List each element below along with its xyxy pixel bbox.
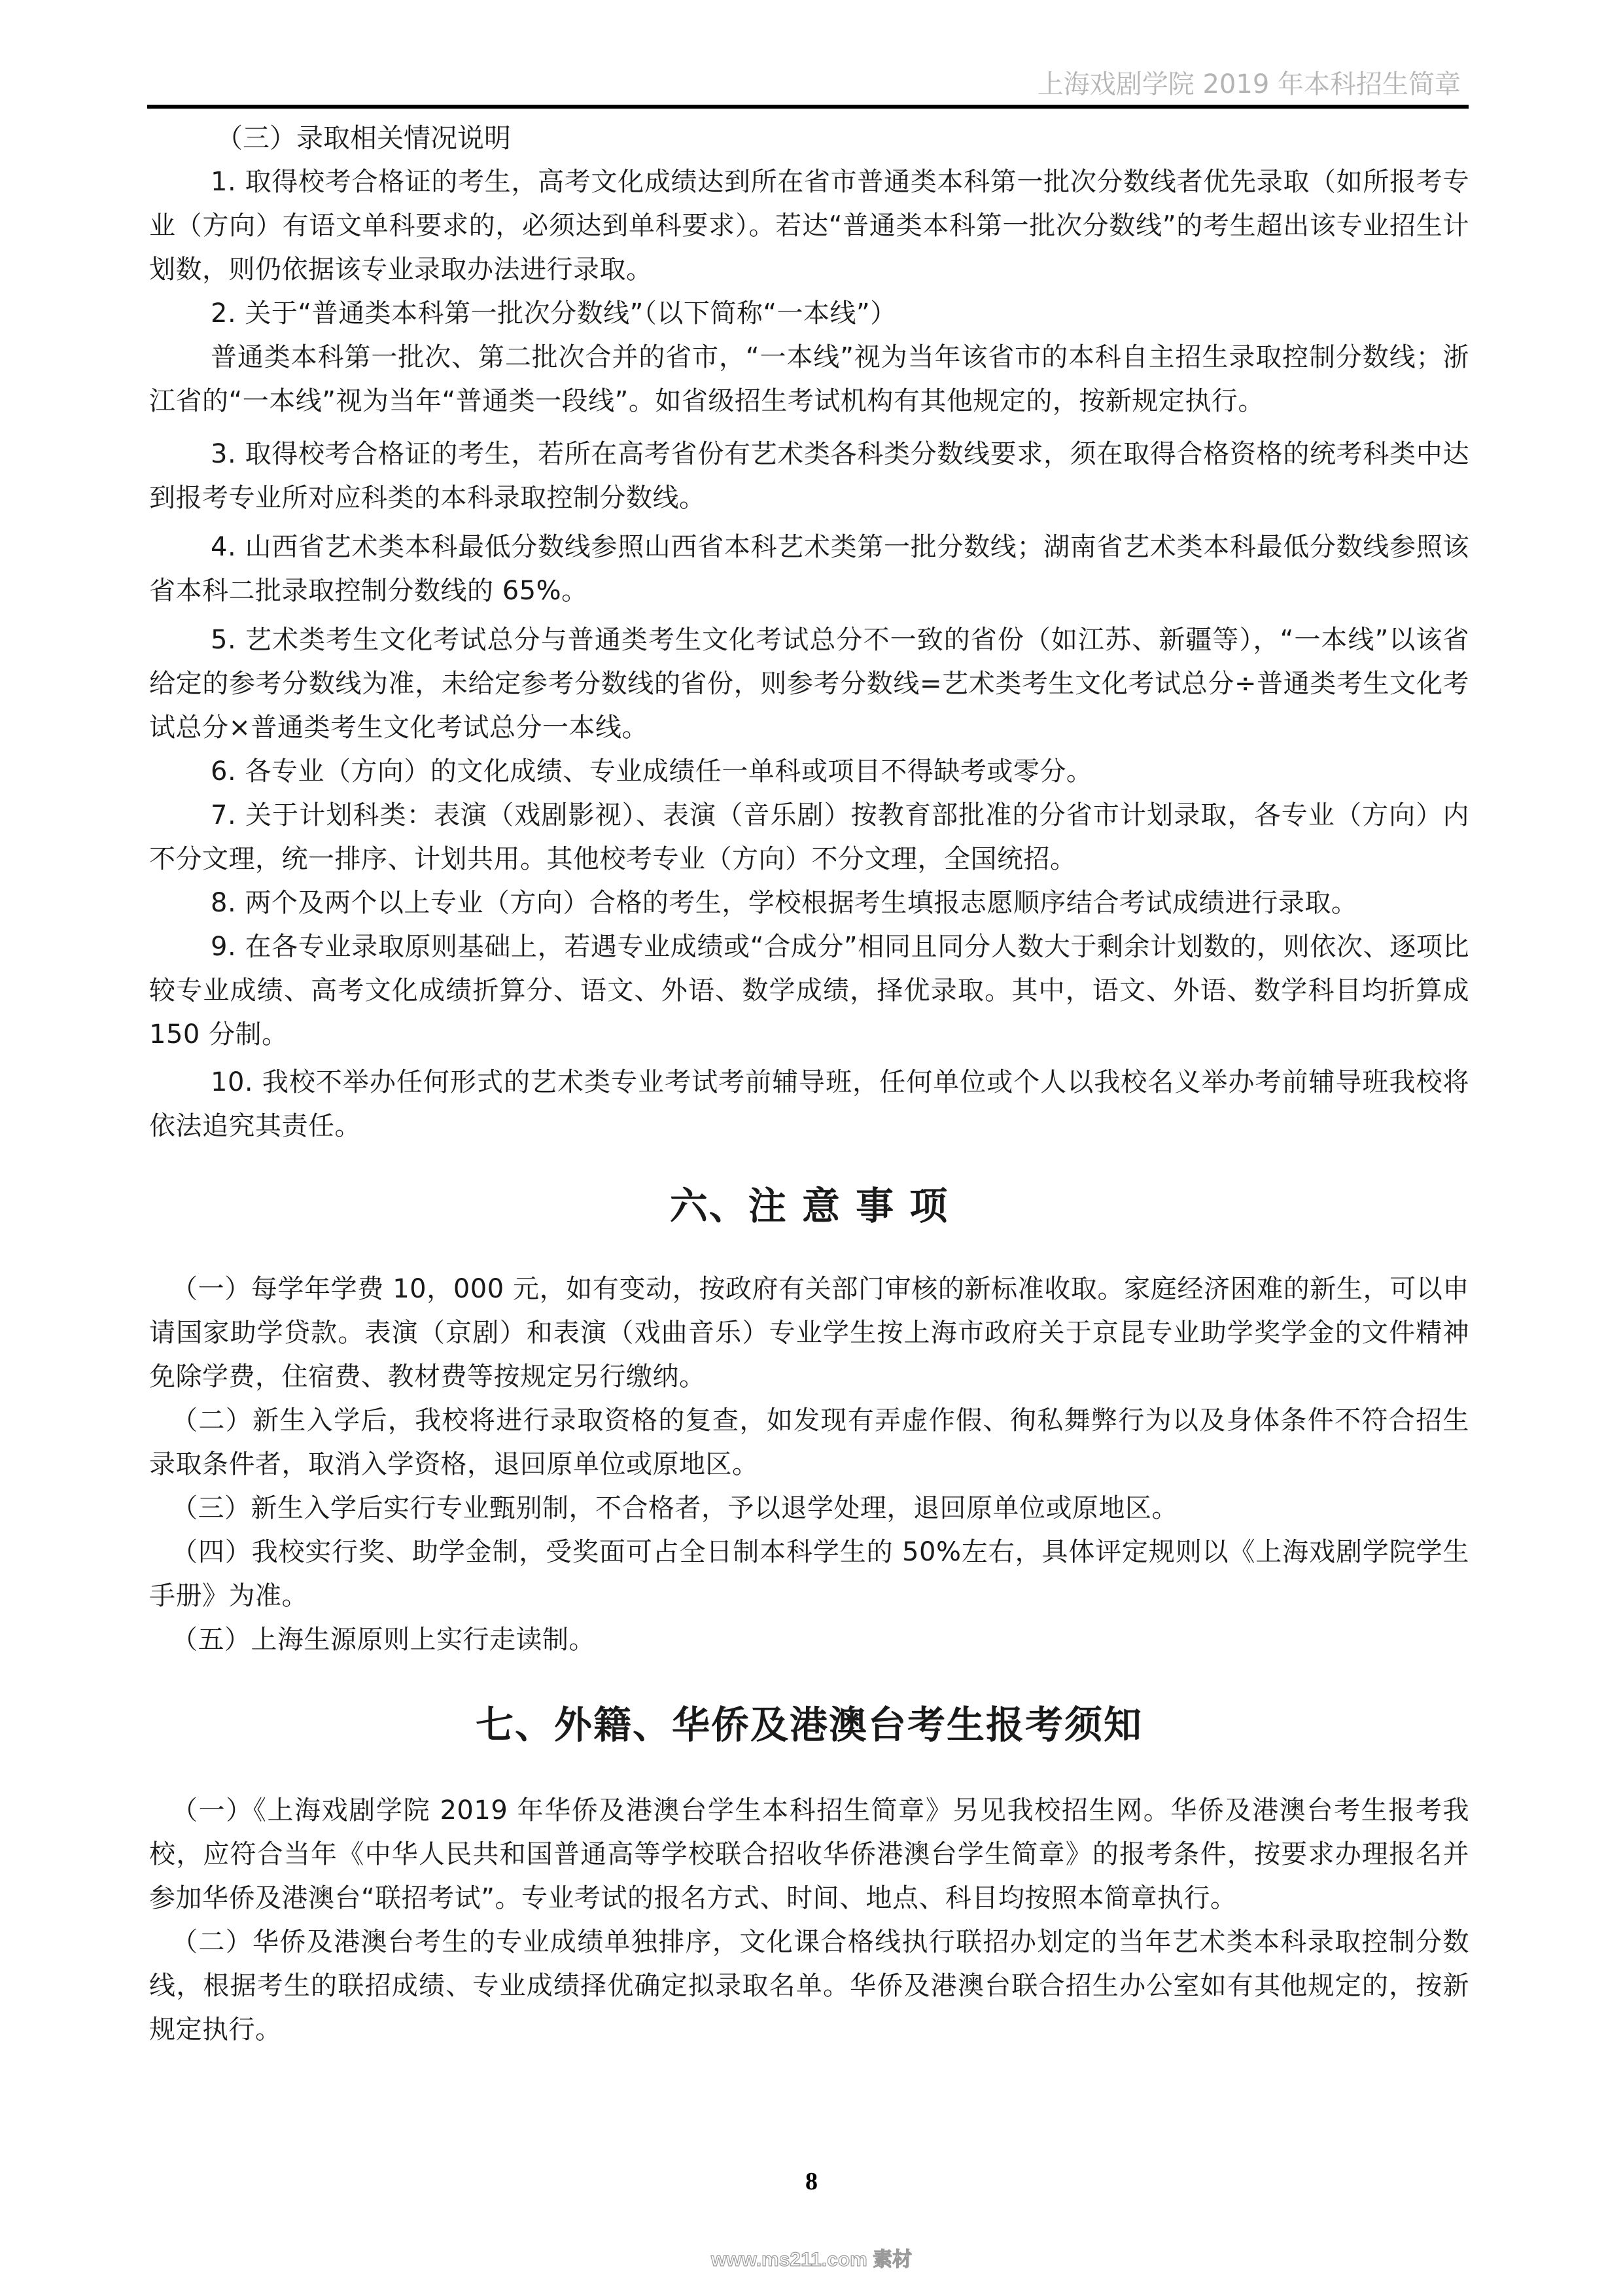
notice-item-1: （一）每学年学费 10，000 元，如有变动，按政府有关部门审核的新标准收取。家…: [149, 1267, 1469, 1399]
admission-item-4: 4. 山西省艺术类本科最低分数线参照山西省本科艺术类第一批分数线；湖南省艺术类本…: [149, 525, 1469, 613]
notice-item-4: （四）我校实行奖、助学金制，受奖面可占全日制本科学生的 50%左右，具体评定规则…: [149, 1530, 1469, 1618]
notice-item-2: （二）新生入学后，我校将进行录取资格的复查，如发现有弄虚作假、徇私舞弊行为以及身…: [149, 1399, 1469, 1487]
page-header: 上海戏剧学院 2019 年本科招生简章: [147, 52, 1469, 109]
section-six-title: 六、注 意 事 项: [149, 1180, 1469, 1232]
admission-item-2: 2. 关于“普通类本科第一批次分数线”（以下简称“一本线”）: [149, 292, 1469, 336]
admission-item-10: 10. 我校不举办任何形式的艺术类专业考试考前辅导班，任何单位或个人以我校名义举…: [149, 1061, 1469, 1148]
section-seven-title: 七、外籍、华侨及港澳台考生报考须知: [149, 1699, 1469, 1751]
admission-item-5: 5. 艺术类考生文化考试总分与普通类考生文化考试总分不一致的省份（如江苏、新疆等…: [149, 618, 1469, 750]
notice-item-5: （五）上海生源原则上实行走读制。: [149, 1618, 1469, 1662]
document-body: （三）录取相关情况说明 1. 取得校考合格证的考生，高考文化成绩达到所在省市普通…: [149, 116, 1469, 2052]
section-seven: 七、外籍、华侨及港澳台考生报考须知 （一）《上海戏剧学院 2019 年华侨及港澳…: [149, 1699, 1469, 2052]
admission-item-3: 3. 取得校考合格证的考生，若所在高考省份有艺术类各科类分数线要求，须在取得合格…: [149, 433, 1469, 520]
header-title: 上海戏剧学院 2019 年本科招生简章: [1038, 63, 1461, 101]
admission-item-1: 1. 取得校考合格证的考生，高考文化成绩达到所在省市普通类本科第一批次分数线者优…: [149, 160, 1469, 292]
admission-item-7: 7. 关于计划科类：表演（戏剧影视）、表演（音乐剧）按教育部批准的分省市计划录取…: [149, 794, 1469, 881]
overseas-item-1: （一）《上海戏剧学院 2019 年华侨及港澳台学生本科招生简章》另见我校招生网。…: [149, 1789, 1469, 1920]
subsection-heading: （三）录取相关情况说明: [216, 116, 1469, 160]
overseas-item-2: （二）华侨及港澳台考生的专业成绩单独排序，文化课合格线执行联招办划定的当年艺术类…: [149, 1920, 1469, 2052]
admission-item-9: 9. 在各专业录取原则基础上，若遇专业成绩或“合成分”相同且同分人数大于剩余计划…: [149, 925, 1469, 1057]
admission-item-6: 6. 各专业（方向）的文化成绩、专业成绩任一单科或项目不得缺考或零分。: [149, 750, 1469, 794]
admission-item-2-detail: 普通类本科第一批次、第二批次合并的省市，“一本线”视为当年该省市的本科自主招生录…: [149, 336, 1469, 423]
admission-item-8: 8. 两个及两个以上专业（方向）合格的考生，学校根据考生填报志愿顺序结合考试成绩…: [149, 881, 1469, 925]
section-six: 六、注 意 事 项 （一）每学年学费 10，000 元，如有变动，按政府有关部门…: [149, 1180, 1469, 1662]
admission-notes-section: （三）录取相关情况说明 1. 取得校考合格证的考生，高考文化成绩达到所在省市普通…: [149, 116, 1469, 1148]
watermark: www.ms211.com 素材: [0, 2243, 1623, 2272]
page-number: 8: [0, 2167, 1623, 2196]
notice-item-3: （三）新生入学后实行专业甄别制，不合格者，予以退学处理，退回原单位或原地区。: [149, 1487, 1469, 1530]
